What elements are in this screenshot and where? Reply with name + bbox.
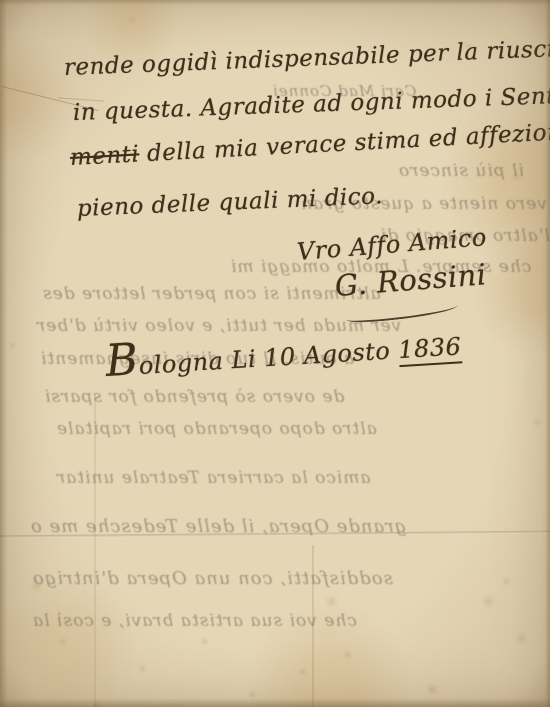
dateline: Bologna Li 10 Agosto 1836: [105, 330, 462, 382]
letter-line-1: rende oggidì indispensabile per la riusc…: [64, 35, 550, 81]
bleed-through-line: altro dopo operando pori rapitale: [56, 419, 377, 439]
dateline-year: 1836: [397, 332, 462, 367]
bleed-through-line: altrimenti si con perder lettore des: [42, 284, 381, 304]
bleed-through-line: che voi sua artista bravi, e così la: [32, 611, 357, 631]
struck-word: menti: [69, 141, 140, 171]
bleed-through-line: il più sincero: [398, 161, 524, 181]
bleed-through-line: soddisfatti, con una Opera d'intrigo: [32, 568, 393, 589]
bleed-through-line: grande Opera, il delle Tedesche me o: [30, 516, 406, 537]
page-edge-shadow: [0, 698, 550, 707]
letter-line-4: pieno delle quali mi dico.: [76, 183, 383, 222]
bleed-through-line: de overo sò prefendo for sparsi: [44, 387, 344, 407]
letter-page: Cari Mad Connei il più sincero Non vero …: [0, 0, 550, 707]
page-edge-shadow: [0, 0, 550, 5]
bleed-through-line: amico la carriera Teatrale unitar: [56, 468, 371, 488]
page-edge-shadow: [0, 0, 7, 707]
fold-crease-vertical: [94, 395, 96, 707]
page-edge-shadow: [545, 0, 550, 707]
dateline-place: Bologna Li 10 Agosto: [105, 336, 399, 382]
